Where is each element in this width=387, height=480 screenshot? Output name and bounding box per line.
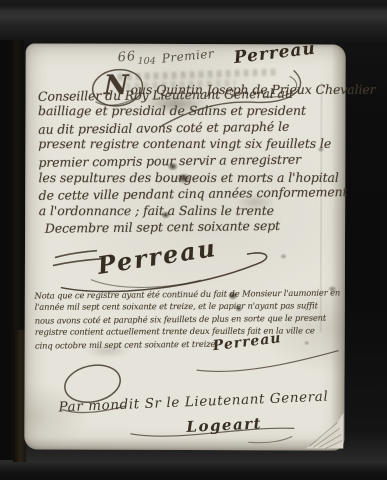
ink-stain xyxy=(235,305,243,312)
ink-stain xyxy=(228,291,238,300)
paper-smudge xyxy=(235,194,275,210)
paper-smudge xyxy=(85,344,131,358)
paper-smudge xyxy=(143,94,207,114)
page-corner-fold xyxy=(297,412,343,448)
ink-stain xyxy=(328,285,337,292)
act-line: Nous Quintin Joseph de Prieux Chevalier xyxy=(38,70,340,87)
ink-stain xyxy=(176,173,191,184)
act-line: de cette ville pendant cinq années confo… xyxy=(39,184,341,204)
ink-stain xyxy=(167,162,178,171)
nota-block: Nota que ce registre ayant été continué … xyxy=(34,287,343,352)
manuscript-page: 66 104 Premier Perreau Nous Quintin Jose… xyxy=(24,43,345,450)
act-line: present registre contenant vingt six feu… xyxy=(38,136,340,153)
scanned-document-frame: 66 104 Premier Perreau Nous Quintin Jose… xyxy=(0,0,387,480)
ink-stain xyxy=(161,211,170,219)
ink-stain xyxy=(280,253,287,259)
ink-stain xyxy=(304,340,310,345)
footer-signature-flourish xyxy=(128,418,298,445)
nota-line: l'année mil sept cent soixante et treize… xyxy=(35,301,343,315)
nota-line: registre contient actuellement trente de… xyxy=(35,325,343,339)
act-line: premier compris pour servir a enregistre… xyxy=(38,151,340,171)
nota-signature-flourish xyxy=(193,346,343,379)
ink-stain xyxy=(317,146,324,152)
